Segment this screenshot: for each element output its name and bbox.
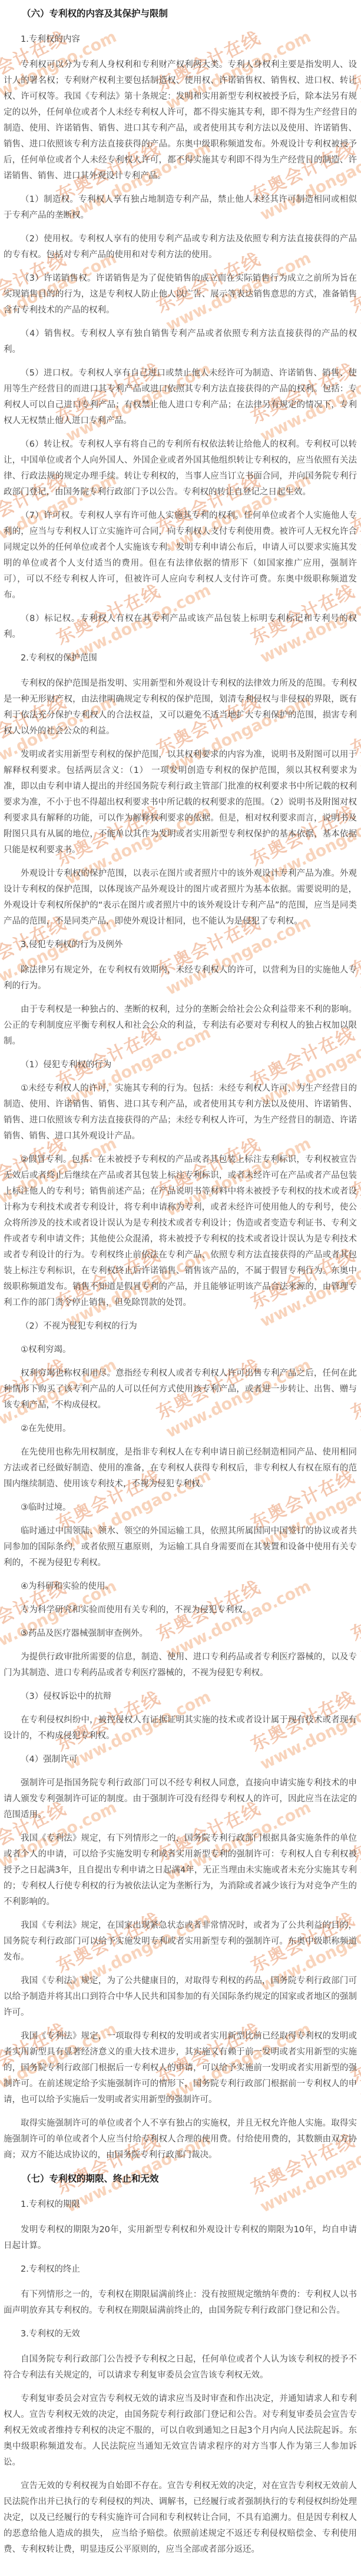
paragraph: （7）许可权。专利权人享有许可他人实施其专利的权利。任何单位或者个人实施他人专利… [4, 508, 357, 603]
paragraph: （2）使用权。专利权人享有的使用专利产品或专利方法及依照专利方法直接获得的产品的… [4, 231, 357, 263]
subsection-title: 1.专利权的期限 [4, 2197, 357, 2213]
paragraph: 专利权可以分为专利人身权利和专利财产权利两大类。专利人身权利主要是指发明人、设计… [4, 57, 357, 184]
document-page: 东奥会计在线www.dongao.com东奥会计在线www.dongao.com… [0, 0, 361, 2576]
paragraph: （5）进口权。专利权人享有自己进口或禁止他人未经许可为制造、许诺销售、销售、使用… [4, 366, 357, 429]
paragraph: 我国《专利法》规定，有下列情形之一的，国务院专利行政部门根据具备实施条件的单位或… [4, 1831, 357, 1910]
paragraph: 为提供行政审批所需要的信息，制造、使用、进口专利药品或者专利医疗器械的，以及专门… [4, 1649, 357, 1681]
paragraph: （1）侵犯专利权的行为 [4, 1057, 357, 1073]
paragraph: ③临时过境。 [4, 1500, 357, 1516]
paragraph: （1）制造权。专利权人享有独占地制造专利产品，禁止他人未经其许可制造相同或相似于… [4, 192, 357, 224]
paragraph: ⑤药品及医疗器械强制审查例外。 [4, 1626, 357, 1642]
subsection-title: 3.侵犯专利权的行为及例外 [4, 937, 357, 953]
subsection-title: 3.专利权的无效 [4, 2326, 357, 2342]
paragraph: ②假冒专利。包括：在未被授予专利权的产品或者其包装上标注专利标识，专利权被宣告无… [4, 1152, 357, 1311]
paragraph: （3）许诺销售权。许诺销售是为了促使销售的成立而在实际销售行为成立之前所为旨在实… [4, 271, 357, 318]
paragraph: ①权利穷竭。 [4, 1342, 357, 1358]
paragraph: ②在先使用。 [4, 1421, 357, 1437]
paragraph: 取得实施强制许可的单位或者个人不享有独占的实施权，并且无权允许他人实施。取得实施… [4, 2116, 357, 2163]
paragraph: （2）不视为侵犯专利权的行为 [4, 1319, 357, 1335]
paragraph: 强制许可是指国务院专利行政部门可以不经专利权人同意，直接向申请实施专利技术的申请… [4, 1775, 357, 1823]
paragraph: 宣告无效的专利权视为自始即不存在。宣告专利权无效的决定，对在宣告专利权无效前人民… [4, 2478, 357, 2558]
subsection-title: 1.专利权的内容 [4, 32, 357, 48]
section-title: （六）专利权的内容及其保护与限制 [4, 6, 357, 21]
paragraph: 权利穷竭也称权利用尽。意指经专利权人或者专利权人许可出售专利产品之后，任何在此种… [4, 1366, 357, 1413]
subsection-title: 2.专利权的保护范围 [4, 650, 357, 666]
paragraph: 有下列情形之一的，专利权在期限届满前终止：没有按照规定缴纳年费的：专利权人以书面… [4, 2287, 357, 2319]
paragraph: 专为科学研究和实验而使用有关专利的，不视为侵犯专利权。 [4, 1602, 357, 1618]
subsection-title: 2.专利权的终止 [4, 2262, 357, 2278]
paragraph: 专利复审委员会对宣告专利权无效的请求应当及时审查和作出决定，并通知请求人和专利权… [4, 2391, 357, 2471]
paragraph: 在先使用也称先用权制度，是指非专利权人在专利申请日前已经制造相同产品、使用相同方… [4, 1445, 357, 1492]
paragraph: 我国《专利法》规定，为了公共健康目的，对取得专利权的药品，国务院专利行政部门可以… [4, 1973, 357, 2021]
paragraph: 我国《专利法》规定，一项取得专利权的发明或者实用新型比前已经取得专利权的发明或者… [4, 2029, 357, 2108]
paragraph: （4）销售权。专利权人享有独自销售专利产品或者依照专利方法直接获得的产品的权利。 [4, 326, 357, 358]
paragraph: 临时通过中国领陆、领水、领空的外国运输工具，依照其所属国同中国签订的协议或者共同… [4, 1523, 357, 1571]
paragraph: 专利权的保护范围是指发明、实用新型和外观设计专利权的法律效力所及的范围。专利权是… [4, 676, 357, 739]
paragraph: （4）强制许可 [4, 1752, 357, 1768]
paragraph: 我国《专利法》规定，在国家出现紧急状态或者非常情况时，或者为了公共利益的目的，国… [4, 1918, 357, 1966]
paragraph: 发明或者实用新型专利权的保护范围，以其权利要求的内容为准，说明书及附图可以用于解… [4, 747, 357, 858]
paragraph: ①未经专利权人的许可，实施其专利的行为。包括：未经专利权人许可，为生产经营目的制… [4, 1081, 357, 1144]
paragraph: （6）转让权。专利权人享有将自己的专利所有权依法转让给他人的权利。专利权可以转让… [4, 437, 357, 500]
paragraph: 外观设计专利权的保护范围，以表示在图片或者照片中的该外观设计专利产品为准。外观设… [4, 866, 357, 930]
paragraph: ④为科研和实验的使用。 [4, 1579, 357, 1595]
document-content: （六）专利权的内容及其保护与限制1.专利权的内容专利权可以分为专利人身权利和专利… [0, 0, 361, 2576]
paragraph: 发明专利权的期限为20年，实用新型专利权和外观设计专利权的期限为10年，均自申请… [4, 2222, 357, 2254]
paragraph: 在专利侵权纠纷中，被控侵权人有证据证明其实施的技术或者设计属于现有技术或者现有设… [4, 1712, 357, 1744]
paragraph: 自国务院专利行政部门公告授予专利权之日起，任何单位或者个人认为该专利权的授予不符… [4, 2352, 357, 2384]
paragraph: （8）标记权。专利权人有权在其专利产品或该产品包装上标明专利标记和专利号的权利。 [4, 611, 357, 643]
paragraph: 除法律另有规定外，在专利权有效期内，未经专利权人的许可，以营利为目的实施他人专利… [4, 962, 357, 994]
paragraph: 由于专利权是一种独占的、垄断的权利，过分的垄断会给社会公众利益带来不利的影响。公… [4, 1002, 357, 1050]
paragraph: （3）侵权诉讼中的抗辩 [4, 1689, 357, 1705]
section-title: （七）专利权的期限、终止和无效 [4, 2171, 357, 2186]
